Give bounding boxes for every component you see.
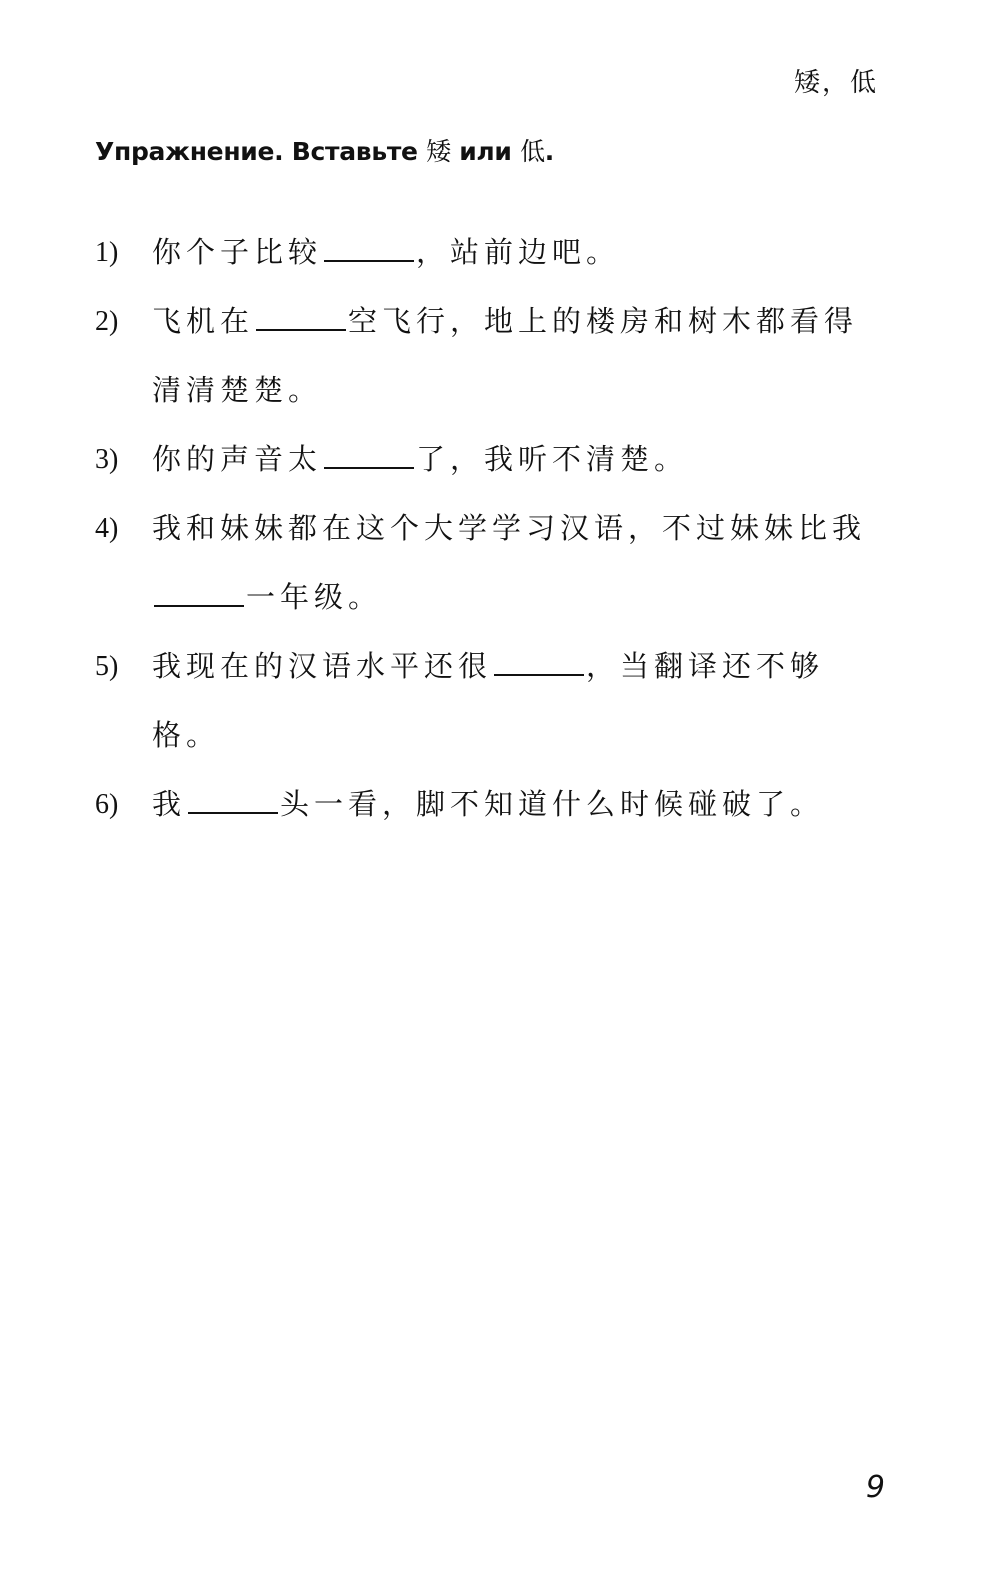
answer-blank[interactable] [188, 790, 278, 814]
sentence-before: 飞机在 [152, 304, 254, 338]
item-sentence: 你个子比较，站前边吧。 [152, 218, 885, 287]
item-sentence: 飞机在空飞行，地上的楼房和树木都看得清清楚楚。 [152, 287, 885, 425]
exercise-item: 5) 我现在的汉语水平还很，当翻译还不够格。 [95, 632, 885, 770]
item-sentence: 我头一看，脚不知道什么时候碰破了。 [152, 770, 885, 839]
page-number: 9 [866, 1470, 885, 1505]
item-number: 1) [95, 218, 152, 287]
exercise-item: 6) 我头一看，脚不知道什么时候碰破了。 [95, 770, 885, 839]
title-char-di: 低 [520, 137, 545, 166]
running-head: 矮，低 [794, 62, 878, 99]
sentence-after: 头一看，脚不知道什么时候碰破了。 [280, 787, 824, 821]
answer-blank[interactable] [324, 445, 414, 469]
sentence-after: 了，我听不清楚。 [416, 442, 688, 476]
sentence-before: 我 [152, 787, 186, 821]
title-prefix: Упражнение. Вставьте [95, 137, 426, 166]
item-number: 3) [95, 425, 152, 494]
item-sentence: 你的声音太了，我听不清楚。 [152, 425, 885, 494]
exercise-item: 1) 你个子比较，站前边吧。 [95, 218, 885, 287]
exercise-item: 2) 飞机在空飞行，地上的楼房和树木都看得清清楚楚。 [95, 287, 885, 425]
sentence-after: ，站前边吧。 [416, 235, 620, 269]
item-number: 6) [95, 770, 152, 839]
answer-blank[interactable] [154, 583, 244, 607]
sentence-before: 你的声音太 [152, 442, 322, 476]
sentence-after: 一年级。 [246, 580, 382, 614]
sentence-before: 你个子比较 [152, 235, 322, 269]
title-mid: или [451, 137, 520, 166]
title-suffix: . [545, 137, 554, 166]
sentence-before: 我现在的汉语水平还很 [152, 649, 492, 683]
exercise-title: Упражнение. Вставьте 矮 или 低. [95, 132, 554, 168]
answer-blank[interactable] [324, 238, 414, 262]
item-sentence: 我现在的汉语水平还很，当翻译还不够格。 [152, 632, 885, 770]
item-sentence: 我和妹妹都在这个大学学习汉语，不过妹妹比我一年级。 [152, 494, 885, 632]
item-number: 2) [95, 287, 152, 425]
item-number: 5) [95, 632, 152, 770]
answer-blank[interactable] [256, 307, 346, 331]
exercise-item: 4) 我和妹妹都在这个大学学习汉语，不过妹妹比我一年级。 [95, 494, 885, 632]
exercise-item: 3) 你的声音太了，我听不清楚。 [95, 425, 885, 494]
title-char-ai: 矮 [426, 137, 451, 166]
answer-blank[interactable] [494, 652, 584, 676]
exercise-list: 1) 你个子比较，站前边吧。 2) 飞机在空飞行，地上的楼房和树木都看得清清楚楚… [95, 218, 885, 839]
item-number: 4) [95, 494, 152, 632]
sentence-before: 我和妹妹都在这个大学学习汉语，不过妹妹比我 [152, 511, 866, 545]
